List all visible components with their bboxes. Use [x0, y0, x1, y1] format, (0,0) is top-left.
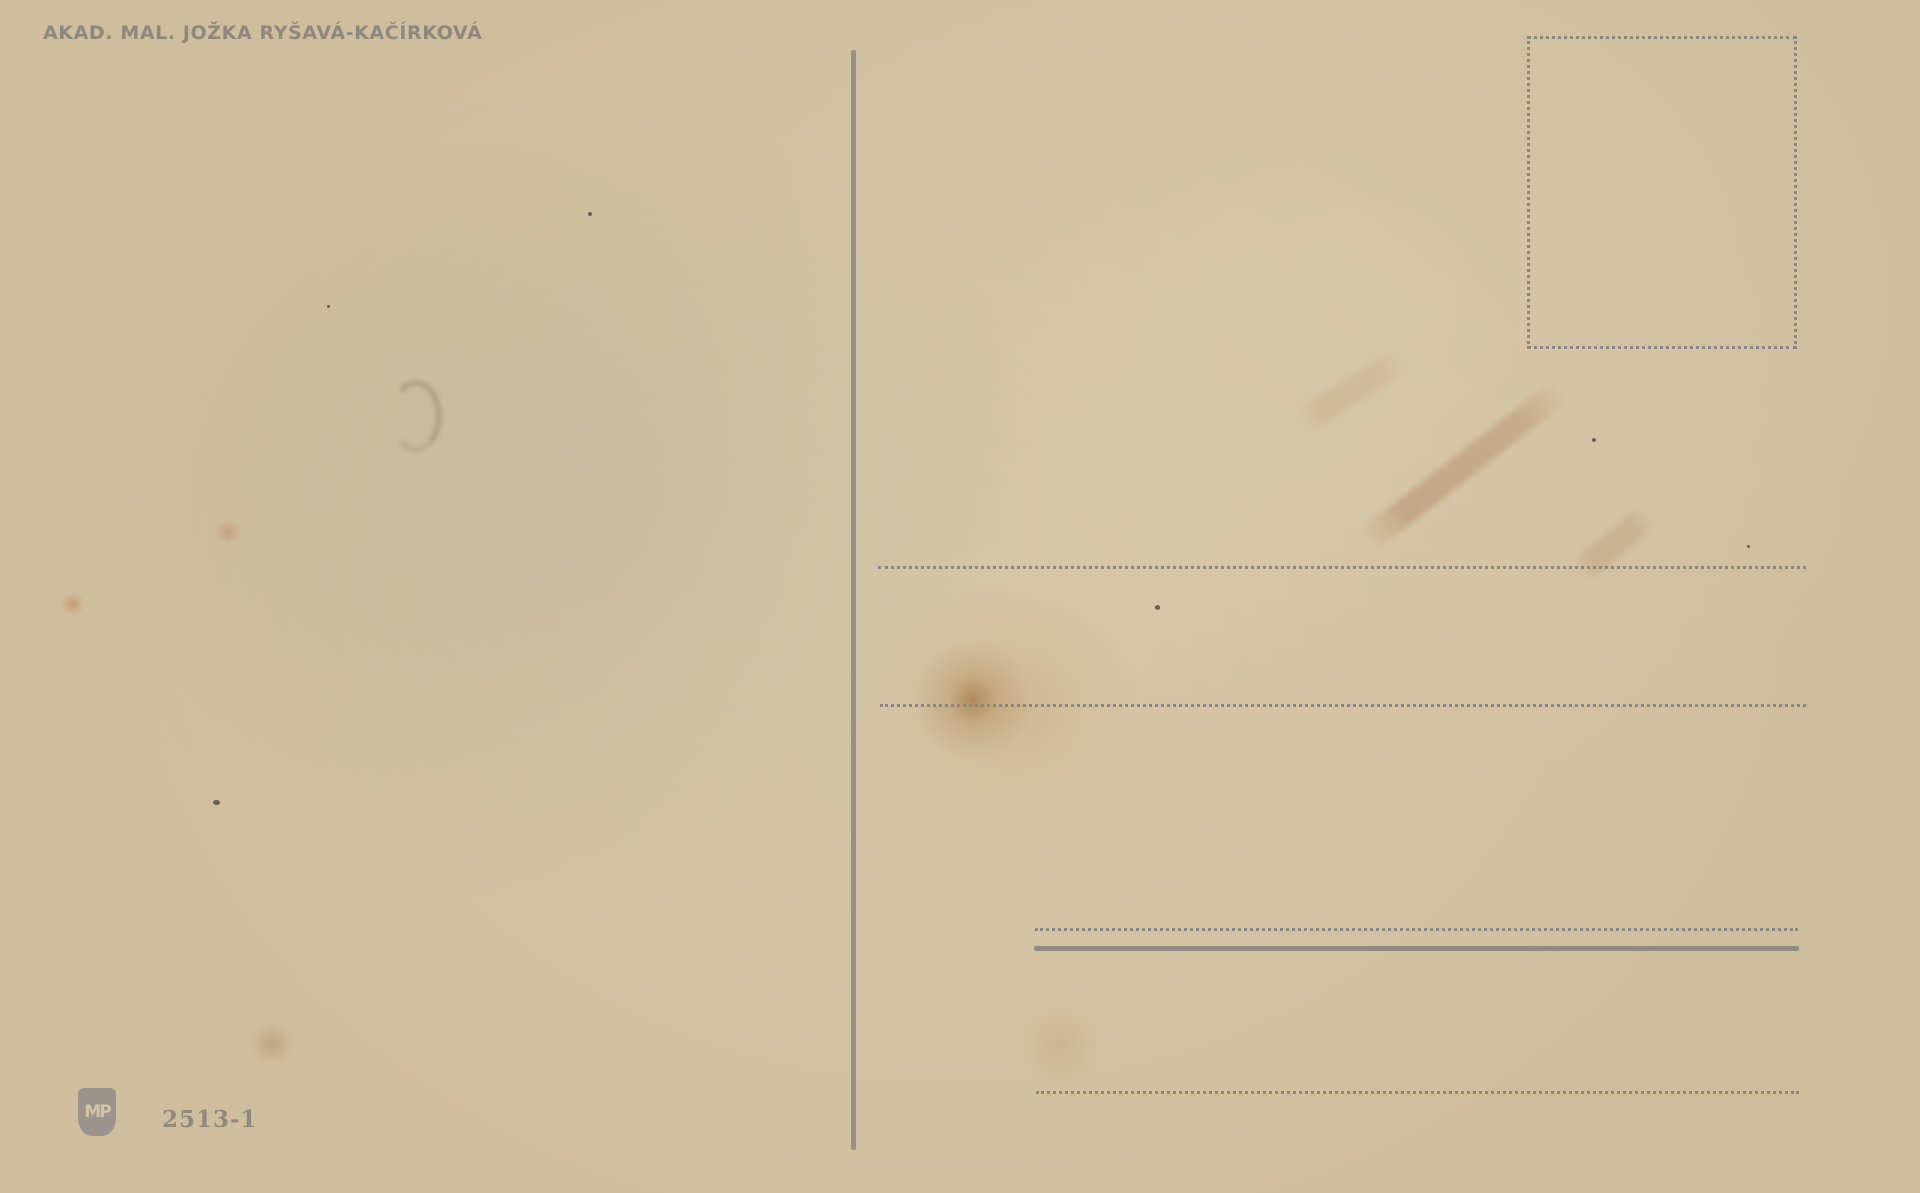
address-line-solid: [1034, 946, 1799, 951]
stain-ring: [390, 380, 442, 452]
artist-credit: AKAD. MAL. JOŽKA RYŠAVÁ-KAČÍRKOVÁ: [43, 22, 482, 44]
stain-streak: [1293, 348, 1409, 434]
stain-streak: [1357, 379, 1570, 553]
speck: [327, 305, 330, 308]
address-line-3: [1035, 928, 1798, 931]
address-line-2: [880, 704, 1806, 707]
speck: [1592, 438, 1596, 442]
speck: [1747, 545, 1750, 548]
stain-streak: [1572, 505, 1658, 583]
catalog-number: 2513-1: [162, 1106, 258, 1133]
vertical-divider: [851, 50, 856, 1150]
stamp-placeholder-box: [1527, 36, 1797, 349]
address-line-4: [1036, 1091, 1799, 1094]
postcard-back: AKAD. MAL. JOŽKA RYŠAVÁ-KAČÍRKOVÁ MP 251…: [0, 0, 1920, 1193]
speck: [588, 212, 592, 216]
publisher-logo-icon: MP: [78, 1088, 116, 1136]
speck: [1155, 605, 1160, 610]
speck: [213, 800, 220, 805]
address-line-1: [878, 566, 1806, 569]
